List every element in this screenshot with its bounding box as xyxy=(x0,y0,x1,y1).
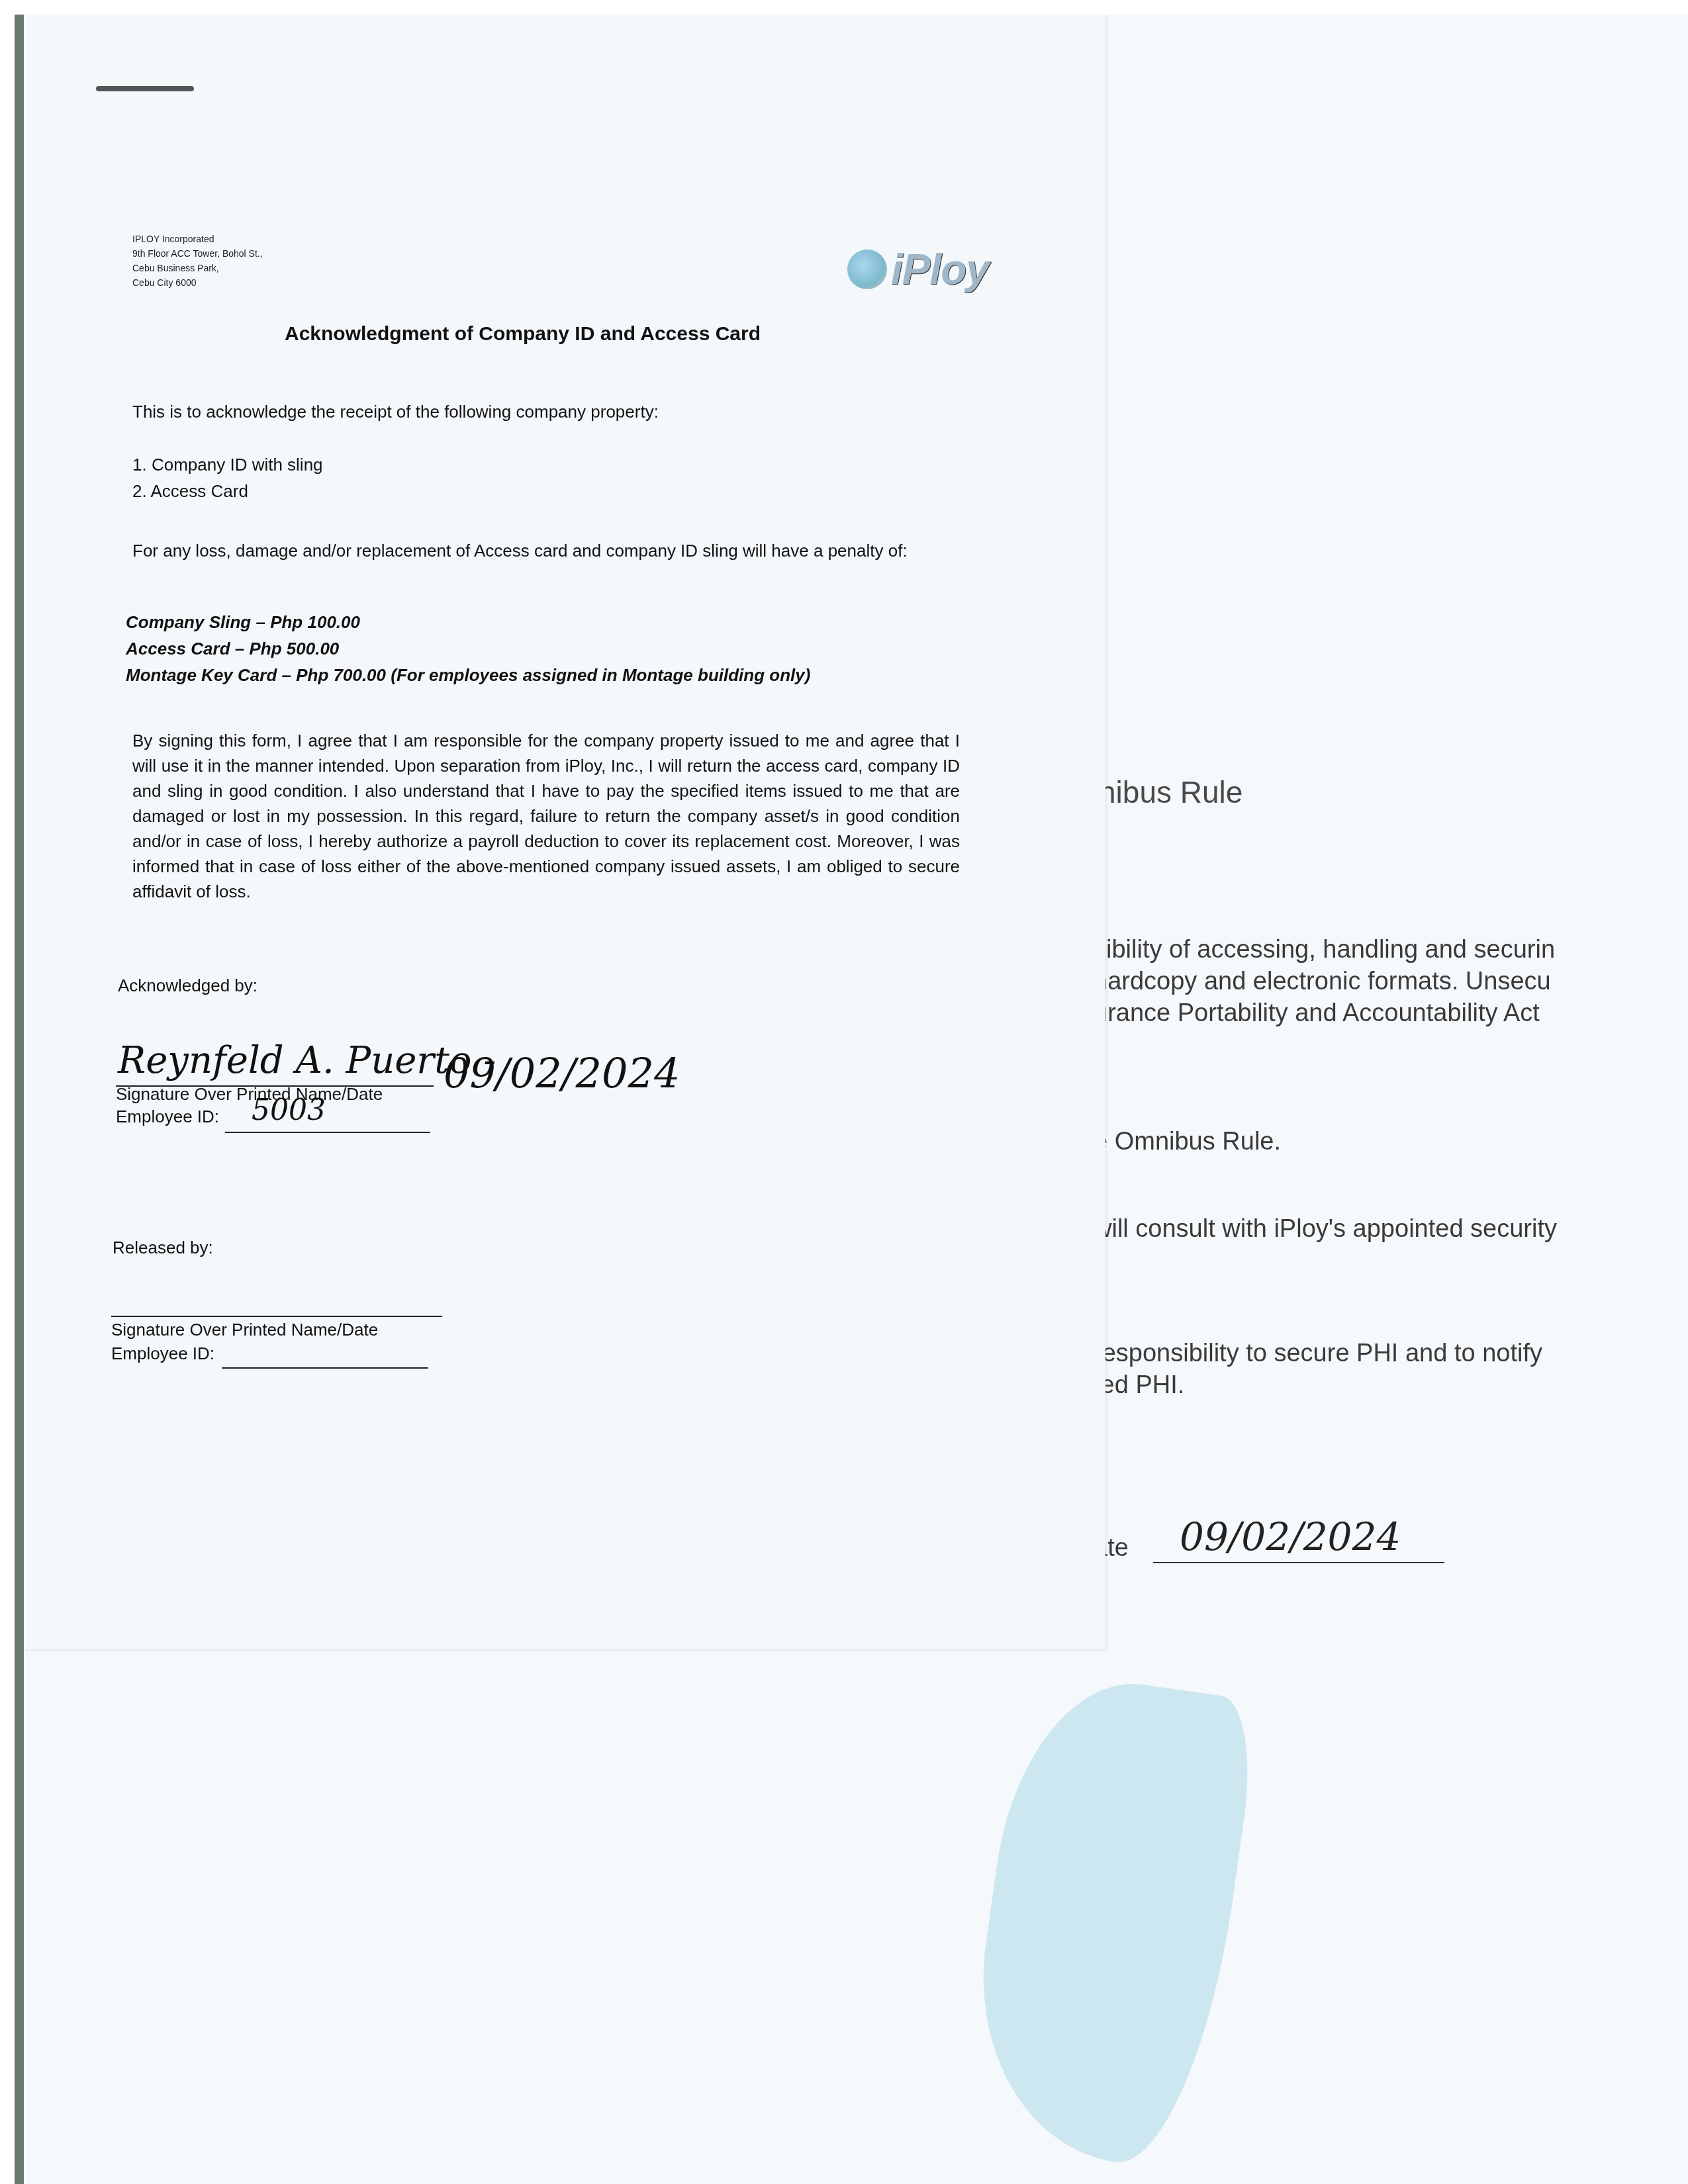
back-page-line: urance Portability and Accountability Ac… xyxy=(1094,999,1540,1028)
back-page-line: responsibility to secure PHI and to noti… xyxy=(1094,1340,1542,1368)
logo-text: iPloy xyxy=(891,245,989,294)
intro-text: This is to acknowledge the receipt of th… xyxy=(132,398,659,425)
released-by-label: Released by: xyxy=(113,1238,213,1258)
penalty-list: Company Sling – Php 100.00 Access Card –… xyxy=(126,609,810,688)
back-date-line xyxy=(1153,1562,1444,1563)
employee-id-label: Employee ID: xyxy=(116,1107,219,1127)
staple-icon xyxy=(96,86,194,91)
acknowledged-by-label: Acknowledged by: xyxy=(118,976,258,996)
handwritten-signature-date: 09/02/2024 xyxy=(444,1049,680,1097)
back-page-line: sibility of accessing, handling and secu… xyxy=(1094,936,1555,964)
penalty-item: Montage Key Card – Php 700.00 (For emplo… xyxy=(126,662,810,688)
back-page-line: will consult with iPloy's appointed secu… xyxy=(1094,1215,1557,1244)
address-line: 9th Floor ACC Tower, Bohol St., xyxy=(132,246,263,261)
release-employee-id-label: Employee ID: xyxy=(111,1343,214,1364)
employee-id-line xyxy=(225,1132,430,1133)
address-line: IPLOY Incorporated xyxy=(132,232,263,246)
company-logo: iPloy xyxy=(847,245,989,294)
agreement-paragraph: By signing this form, I agree that I am … xyxy=(132,728,960,904)
back-handwritten-date: 09/02/2024 xyxy=(1180,1514,1401,1559)
handwritten-signature-name: Reynfeld A. Puerto - xyxy=(118,1039,496,1082)
signature-caption: Signature Over Printed Name/Date xyxy=(116,1084,383,1105)
employee-id-value: 5003 xyxy=(252,1093,326,1127)
company-address: IPLOY Incorporated 9th Floor ACC Tower, … xyxy=(132,232,263,290)
back-page-title: nibus Rule xyxy=(1099,774,1243,810)
address-line: Cebu Business Park, xyxy=(132,261,263,275)
property-item: 2. Access Card xyxy=(132,478,323,504)
penalty-item: Access Card – Php 500.00 xyxy=(126,635,810,662)
globe-watermark xyxy=(959,1668,1261,2173)
release-signature-line xyxy=(111,1316,442,1317)
back-page-line: e Omnibus Rule. xyxy=(1094,1128,1281,1156)
back-page-line: hardcopy and electronic formats. Unsecu xyxy=(1094,968,1551,996)
document-title: Acknowledgment of Company ID and Access … xyxy=(285,323,761,345)
back-page-line: ted PHI. xyxy=(1094,1371,1184,1400)
release-employee-id-line xyxy=(222,1367,428,1369)
property-item: 1. Company ID with sling xyxy=(132,451,323,478)
property-list: 1. Company ID with sling 2. Access Card xyxy=(132,451,323,504)
penalty-item: Company Sling – Php 100.00 xyxy=(126,609,810,635)
release-signature-caption: Signature Over Printed Name/Date xyxy=(111,1320,378,1340)
scanner-edge xyxy=(15,15,24,2184)
penalty-intro: For any loss, damage and/or replacement … xyxy=(132,537,960,564)
globe-logo-icon xyxy=(847,250,887,289)
address-line: Cebu City 6000 xyxy=(132,275,263,290)
